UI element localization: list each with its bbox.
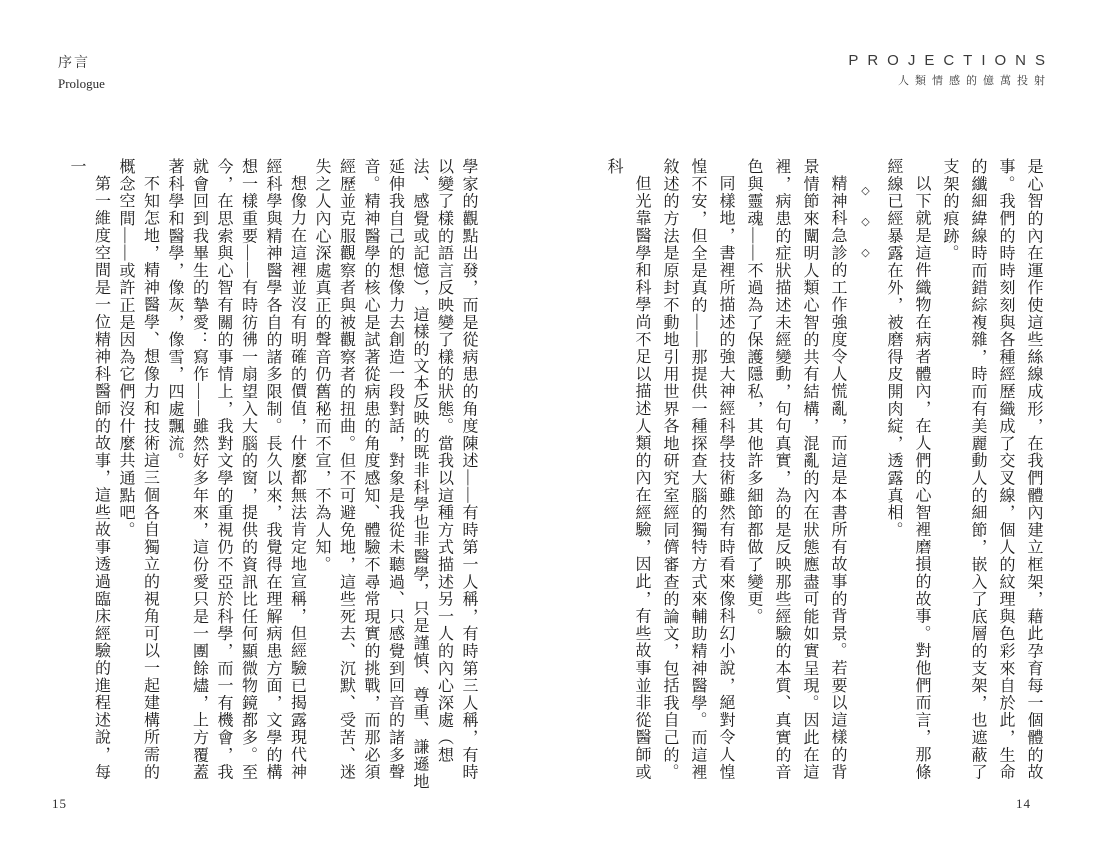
book-spread: 序言 Prologue 學家的觀點出發，而是從病患的角度陳述——有時第一人稱，有… (0, 0, 1100, 868)
chapter-subtitle: Prologue (58, 76, 105, 92)
paragraph: 想像力在這裡並沒有明確的價值，什麼都無法肯定地宣稱，但經驗已揭露現代神經科學與精… (162, 158, 309, 792)
book-subtitle: 人類情感的億萬投射 (848, 72, 1051, 88)
paragraph: 以下就是這件織物在病者體內，在人們的心智裡磨損的故事。對他們而言，那條經線已經暴… (879, 158, 935, 792)
book-title-header: PROJECTIONS 人類情感的億萬投射 (848, 52, 1045, 88)
paragraph: 第一維度空間是一位精神科醫師的故事，這些故事透過臨床經驗的進程述說，每一 (64, 158, 113, 792)
paragraph-continuation: 學家的觀點出發，而是從病患的角度陳述——有時第一人稱，有時第三人稱，有時以變了樣… (309, 158, 481, 792)
page-right-text-block: 是心智的內在運作使這些絲線成形，在我們體內建立框架，藉此孕育每一個體的故事。我們… (623, 158, 1047, 792)
page-number-right: 14 (1016, 796, 1031, 812)
book-title: PROJECTIONS (848, 52, 1054, 69)
section-separator-diamonds: ◇◇◇ (851, 158, 879, 792)
paragraph: 精神科急診的工作強度令人慌亂，而這是本書所有故事的背景。若要以這樣的背景情節來闡… (739, 158, 851, 792)
paragraph: 不知怎地，精神醫學、想像力和技術這三個各自獨立的視角可以一起建構所需的概念空間—… (113, 158, 162, 792)
paragraph: 但光靠醫學和科學尚不足以描述人類的內在經驗，因此，有些故事並非從醫師或科 (599, 158, 655, 792)
paragraph: 同樣地，書裡所描述的強大神經科學技術雖然有時看來像科幻小說，絕對令人惶惶不安，但… (655, 158, 739, 792)
chapter-title: 序言 (58, 52, 105, 72)
page-left-text-block: 學家的觀點出發，而是從病患的角度陳述——有時第一人稱，有時第三人稱，有時以變了樣… (82, 158, 480, 792)
page-number-left: 15 (52, 796, 67, 812)
paragraph-continuation: 是心智的內在運作使這些絲線成形，在我們體內建立框架，藉此孕育每一個體的故事。我們… (935, 158, 1047, 792)
chapter-header: 序言 Prologue (58, 52, 105, 92)
